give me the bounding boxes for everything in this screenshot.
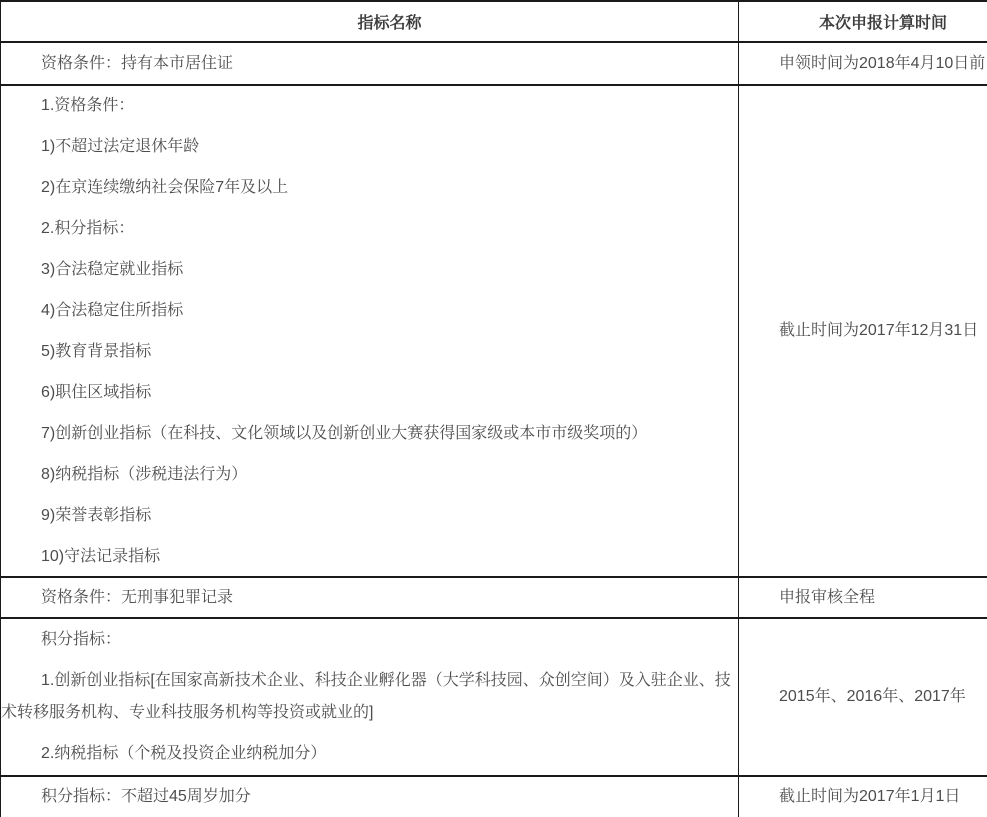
- indicator-cell: 积分指标： 1.创新创业指标[在国家高新技术企业、科技企业孵化器（大学科技园、众…: [1, 618, 739, 776]
- column-header-indicator: 指标名称: [1, 1, 739, 42]
- indicator-text: 3)合法稳定就业指标: [1, 254, 738, 286]
- indicator-text: 7)创新创业指标（在科技、文化领域以及创新创业大赛获得国家级或本市市级奖项的）: [1, 418, 738, 450]
- indicator-text: 10)守法记录指标: [1, 541, 738, 573]
- time-text: 2015年、2016年、2017年: [739, 681, 987, 713]
- indicator-text: 9)荣誉表彰指标: [1, 500, 738, 532]
- table-row: 资格条件：持有本市居住证 申领时间为2018年4月10日前: [1, 42, 987, 85]
- criteria-table: 指标名称 本次申报计算时间 资格条件：持有本市居住证 申领时间为2018年4月1…: [0, 0, 987, 817]
- table-row: 资格条件：无刑事犯罪记录 申报审核全程: [1, 577, 987, 618]
- time-cell: 截止时间为2017年1月1日: [739, 776, 987, 817]
- time-text: 截止时间为2017年1月1日: [739, 781, 987, 813]
- time-text: 申领时间为2018年4月10日前: [739, 48, 987, 80]
- indicator-text: 1.创新创业指标[在国家高新技术企业、科技企业孵化器（大学科技园、众创空间）及入…: [1, 665, 738, 729]
- time-cell: 2015年、2016年、2017年: [739, 618, 987, 776]
- time-cell: 截止时间为2017年12月31日: [739, 85, 987, 577]
- time-text: 申报审核全程: [739, 582, 987, 614]
- indicator-text: 资格条件：无刑事犯罪记录: [1, 582, 738, 614]
- indicator-text: 1)不超过法定退休年龄: [1, 131, 738, 163]
- indicator-cell: 1.资格条件： 1)不超过法定退休年龄 2)在京连续缴纳社会保险7年及以上 2.…: [1, 85, 739, 577]
- indicator-text: 8)纳税指标（涉税违法行为）: [1, 459, 738, 491]
- indicator-text: 2.纳税指标（个税及投资企业纳税加分）: [1, 738, 738, 770]
- indicator-text: 1.资格条件：: [1, 90, 738, 122]
- indicator-text: 积分指标：不超过45周岁加分: [1, 781, 738, 813]
- indicator-cell: 积分指标：不超过45周岁加分: [1, 776, 739, 817]
- table-row: 1.资格条件： 1)不超过法定退休年龄 2)在京连续缴纳社会保险7年及以上 2.…: [1, 85, 987, 577]
- table-row: 积分指标： 1.创新创业指标[在国家高新技术企业、科技企业孵化器（大学科技园、众…: [1, 618, 987, 776]
- indicator-cell: 资格条件：无刑事犯罪记录: [1, 577, 739, 618]
- indicator-text: 2)在京连续缴纳社会保险7年及以上: [1, 172, 738, 204]
- indicator-text: 资格条件：持有本市居住证: [1, 48, 738, 80]
- indicator-text: 4)合法稳定住所指标: [1, 295, 738, 327]
- indicator-text: 5)教育背景指标: [1, 336, 738, 368]
- column-header-time: 本次申报计算时间: [739, 1, 987, 42]
- time-cell: 申领时间为2018年4月10日前: [739, 42, 987, 85]
- header-row: 指标名称 本次申报计算时间: [1, 1, 987, 42]
- time-cell: 申报审核全程: [739, 577, 987, 618]
- time-text: 截止时间为2017年12月31日: [739, 315, 987, 347]
- indicator-text: 积分指标：: [1, 624, 738, 656]
- indicator-text: 2.积分指标：: [1, 213, 738, 245]
- table-row: 积分指标：不超过45周岁加分 截止时间为2017年1月1日: [1, 776, 987, 817]
- indicator-text: 6)职住区域指标: [1, 377, 738, 409]
- indicator-cell: 资格条件：持有本市居住证: [1, 42, 739, 85]
